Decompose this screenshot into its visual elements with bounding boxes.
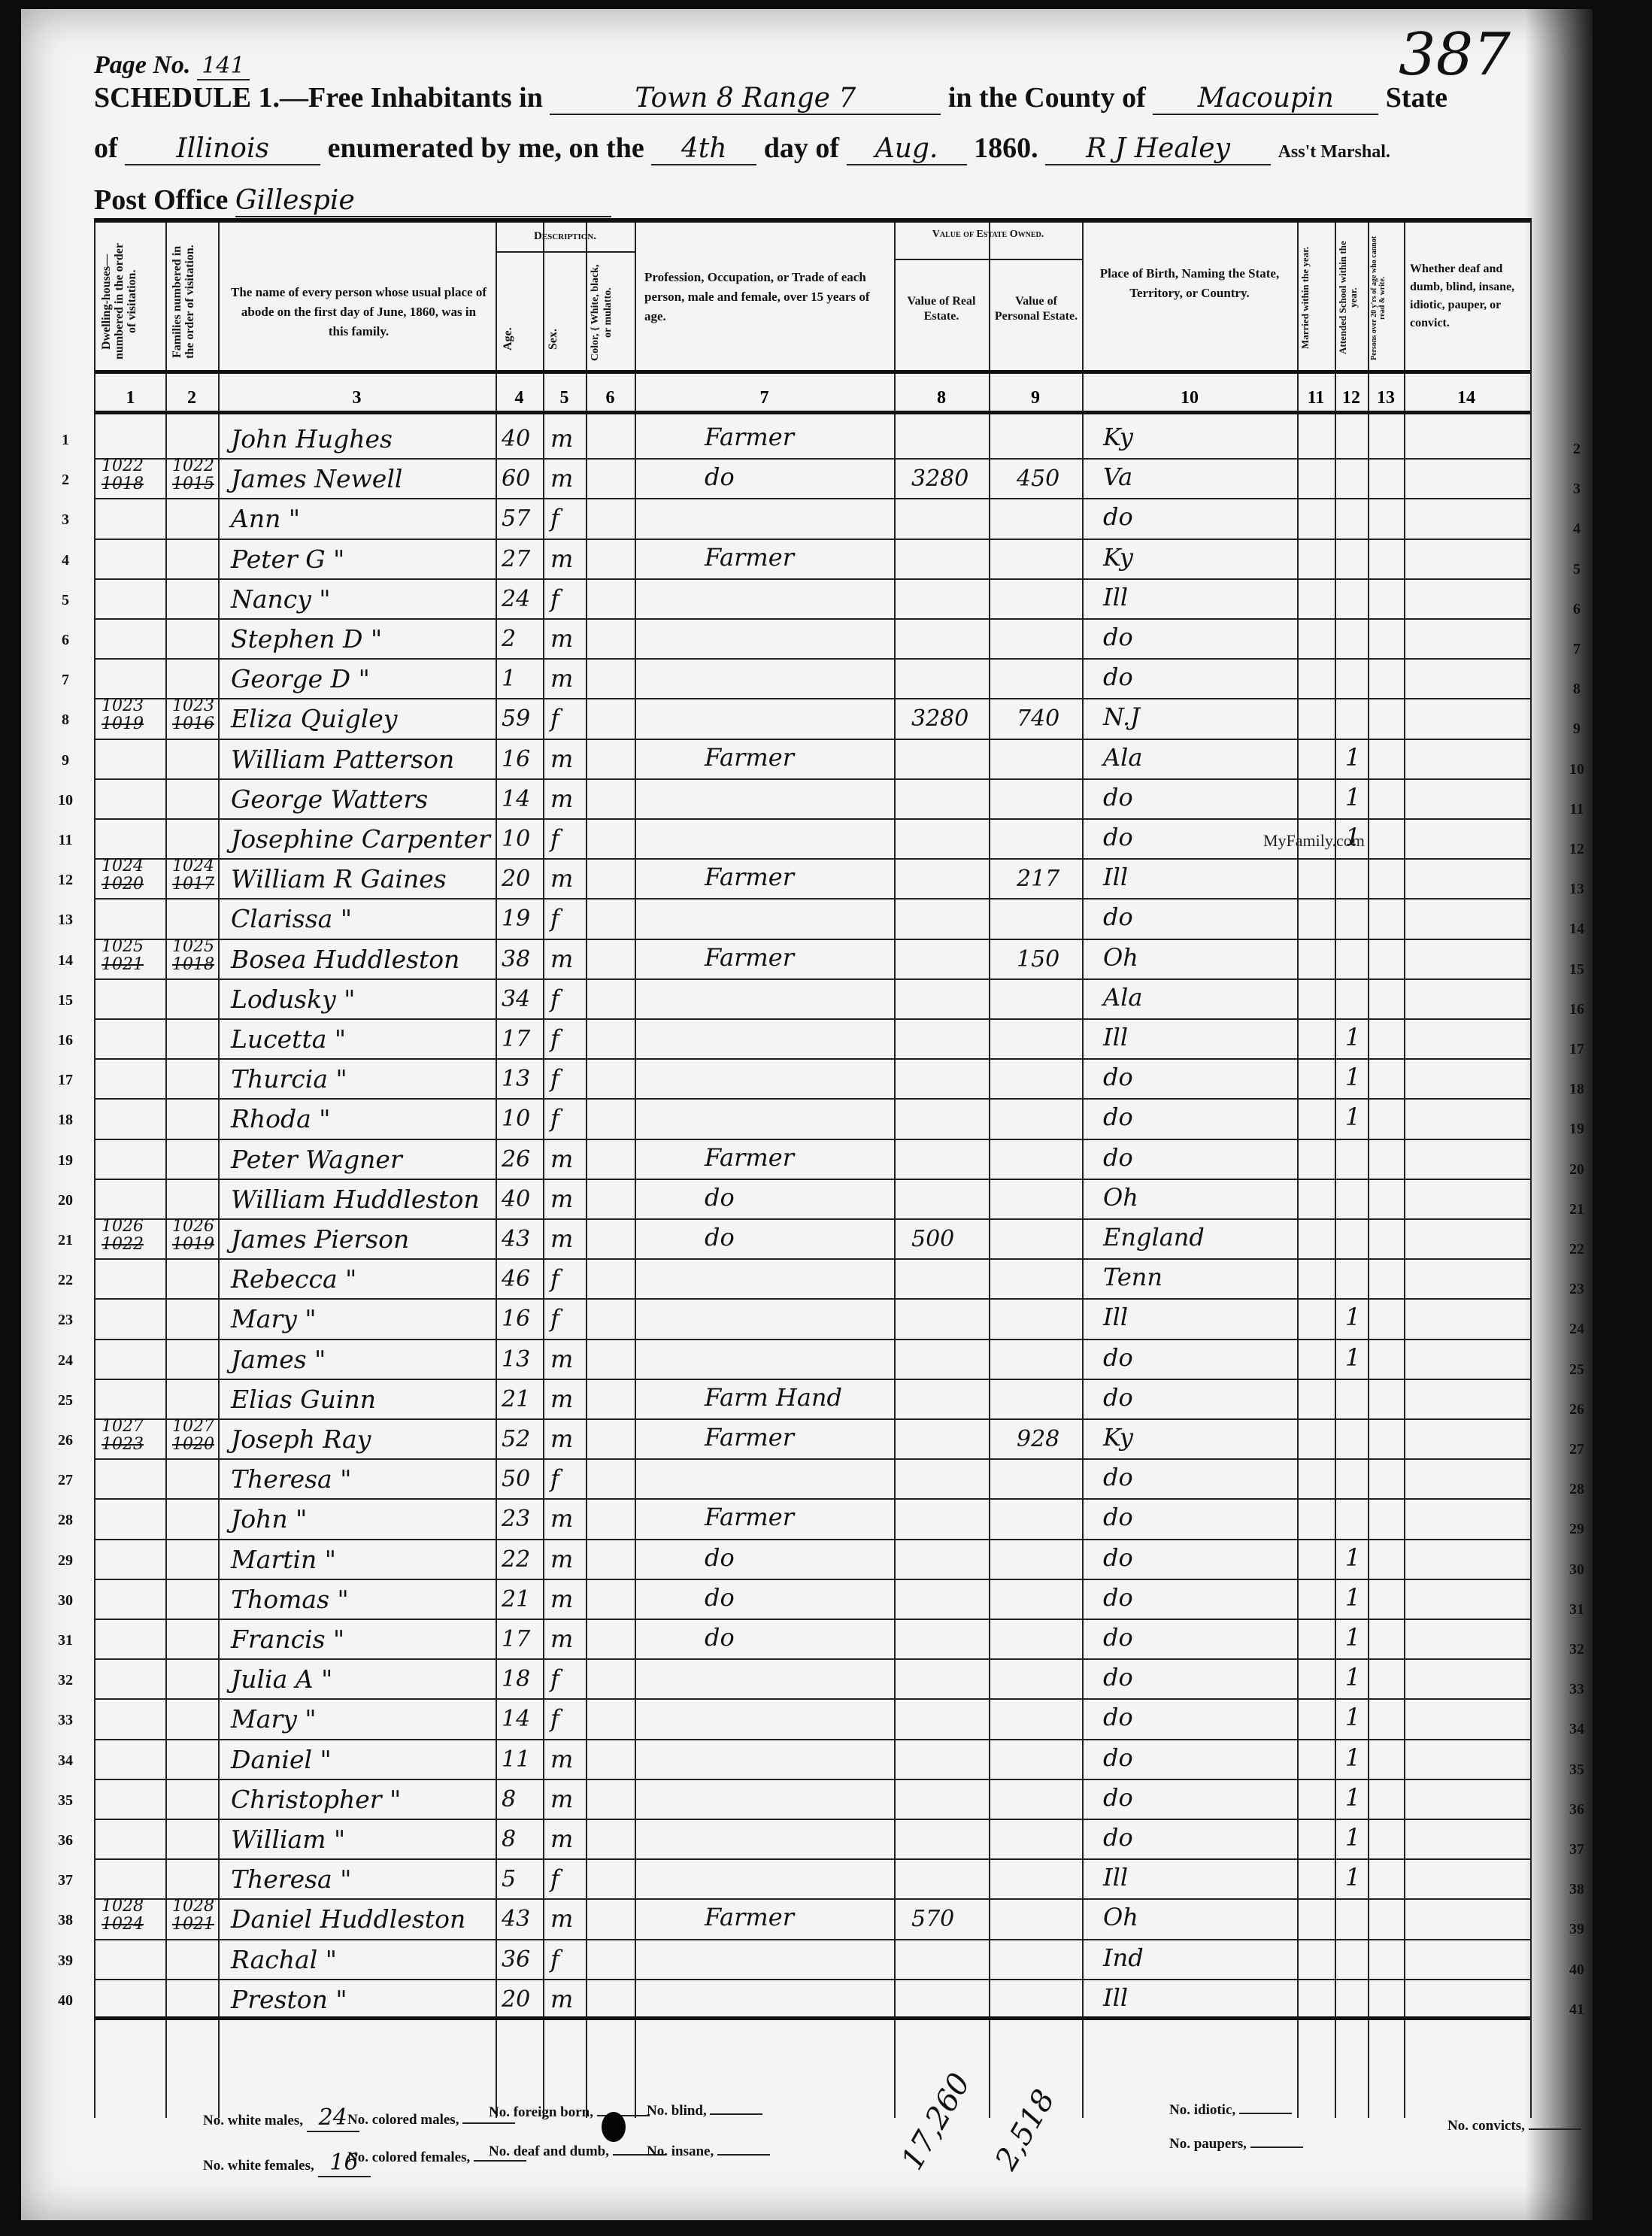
birthplace: do bbox=[1103, 1783, 1133, 1812]
row-rule bbox=[95, 1658, 1530, 1660]
birthplace: do bbox=[1103, 1343, 1133, 1372]
personal-estate-value: 150 bbox=[1017, 946, 1059, 972]
person-age: 38 bbox=[502, 946, 530, 972]
row-number-left: 10 bbox=[50, 792, 80, 809]
footer-deaf-dumb: No. deaf and dumb, bbox=[489, 2143, 665, 2160]
person-sex: f bbox=[550, 1464, 559, 1493]
person-sex: f bbox=[550, 584, 559, 613]
person-age: 23 bbox=[502, 1506, 530, 1532]
row-number-right: 20 bbox=[1562, 1161, 1592, 1179]
row-number-right: 34 bbox=[1562, 1721, 1592, 1738]
person-sex: m bbox=[550, 784, 573, 813]
person-age: 16 bbox=[502, 746, 530, 772]
birthplace: Oh bbox=[1103, 943, 1138, 972]
person-name: George Watters bbox=[231, 784, 428, 814]
person-age: 2 bbox=[502, 626, 516, 652]
family-number-old: 1018 bbox=[172, 955, 214, 974]
school-mark: 1 bbox=[1345, 1623, 1360, 1652]
school-mark: 1 bbox=[1345, 1703, 1360, 1731]
person-name: Lucetta " bbox=[231, 1024, 346, 1054]
dwelling-number: 1024 bbox=[102, 857, 144, 875]
person-age: 8 bbox=[502, 1786, 516, 1813]
row-rule bbox=[95, 1139, 1530, 1140]
person-name: John Hughes bbox=[231, 424, 393, 454]
person-sex: m bbox=[550, 1825, 573, 1853]
month-field: Aug. bbox=[847, 133, 967, 165]
birthplace: do bbox=[1103, 1103, 1133, 1131]
col-age-header: Age. bbox=[502, 313, 539, 366]
row-rule bbox=[95, 939, 1530, 940]
row-number-right: 12 bbox=[1562, 841, 1592, 858]
person-sex: m bbox=[550, 1985, 573, 2013]
birthplace: Ala bbox=[1103, 983, 1142, 1012]
person-age: 22 bbox=[502, 1546, 530, 1573]
row-number-left: 2 bbox=[50, 472, 80, 489]
row-number-right: 29 bbox=[1562, 1521, 1592, 1538]
person-name: George D " bbox=[231, 664, 370, 693]
row-number-right: 30 bbox=[1562, 1561, 1592, 1579]
person-age: 26 bbox=[502, 1146, 530, 1173]
birthplace: Ill bbox=[1103, 1983, 1128, 2012]
row-number-left: 14 bbox=[50, 952, 80, 969]
person-name: William R Gaines bbox=[231, 864, 447, 893]
family-number: 1025 bbox=[172, 937, 214, 956]
row-rule bbox=[95, 539, 1530, 540]
row-number-left: 29 bbox=[50, 1552, 80, 1570]
schedule-line: SCHEDULE 1.—Free Inhabitants in Town 8 R… bbox=[94, 81, 1447, 115]
person-age: 10 bbox=[502, 826, 530, 852]
person-sex: f bbox=[550, 1064, 559, 1093]
row-rule bbox=[95, 1698, 1530, 1700]
person-sex: f bbox=[550, 1704, 559, 1733]
birthplace: do bbox=[1103, 663, 1133, 691]
person-age: 43 bbox=[502, 1906, 530, 1932]
family-number-old: 1016 bbox=[172, 714, 214, 733]
person-sex: m bbox=[550, 1185, 573, 1213]
row-number-right: 26 bbox=[1562, 1401, 1592, 1418]
row-number-left: 26 bbox=[50, 1432, 80, 1449]
person-name: Thurcia " bbox=[231, 1064, 347, 1094]
row-number-left: 9 bbox=[50, 752, 80, 769]
row-rule bbox=[95, 578, 1530, 580]
row-number-left: 5 bbox=[50, 592, 80, 609]
row-rule bbox=[95, 1858, 1530, 1860]
row-rule bbox=[95, 698, 1530, 699]
row-number-left: 8 bbox=[50, 711, 80, 729]
row-number-right: 14 bbox=[1562, 921, 1592, 938]
row-number-right: 2 bbox=[1562, 441, 1592, 458]
occupation: do bbox=[705, 1583, 735, 1612]
person-sex: m bbox=[550, 424, 573, 453]
person-sex: f bbox=[550, 504, 559, 532]
birthplace: Ky bbox=[1103, 423, 1133, 451]
person-sex: m bbox=[550, 1385, 573, 1413]
birthplace: do bbox=[1103, 1383, 1133, 1412]
dwelling-number: 1028 bbox=[102, 1897, 144, 1916]
row-number-left: 21 bbox=[50, 1232, 80, 1249]
family-number: 1023 bbox=[172, 696, 214, 715]
person-name: Mary " bbox=[231, 1304, 317, 1333]
row-number-right: 11 bbox=[1562, 801, 1592, 818]
dwelling-number-old: 1018 bbox=[102, 475, 144, 493]
birthplace: do bbox=[1103, 1503, 1133, 1531]
person-sex: m bbox=[550, 1504, 573, 1533]
row-rule bbox=[95, 1058, 1530, 1060]
birthplace: do bbox=[1103, 1743, 1133, 1772]
birthplace: do bbox=[1103, 1063, 1133, 1091]
person-sex: f bbox=[550, 824, 559, 853]
person-age: 21 bbox=[502, 1386, 530, 1412]
birthplace: do bbox=[1103, 1463, 1133, 1491]
person-sex: f bbox=[550, 1304, 559, 1333]
family-number-old: 1015 bbox=[172, 475, 214, 493]
occupation: Farmer bbox=[705, 863, 794, 891]
family-number-old: 1017 bbox=[172, 875, 214, 893]
footer-convicts: No. convicts, bbox=[1447, 2118, 1581, 2134]
person-age: 5 bbox=[502, 1866, 516, 1892]
person-age: 46 bbox=[502, 1266, 530, 1292]
person-name: Bosea Huddleston bbox=[231, 945, 459, 974]
occupation: do bbox=[705, 1623, 735, 1652]
personal-estate-value: 928 bbox=[1017, 1426, 1059, 1452]
school-mark: 1 bbox=[1345, 1543, 1360, 1572]
col-illiterate-header: Persons over 20 y'rs of age who cannot r… bbox=[1370, 230, 1402, 366]
person-sex: m bbox=[550, 1424, 573, 1453]
birthplace: do bbox=[1103, 783, 1133, 812]
row-rule bbox=[95, 658, 1530, 660]
person-name: Eliza Quigley bbox=[231, 704, 397, 733]
person-age: 34 bbox=[502, 986, 530, 1012]
row-rule bbox=[95, 1739, 1530, 1740]
row-rule bbox=[95, 1819, 1530, 1820]
person-age: 21 bbox=[502, 1586, 530, 1613]
person-name: William Huddleston bbox=[231, 1185, 480, 1214]
person-name: Rachal " bbox=[231, 1945, 337, 1974]
person-sex: m bbox=[550, 1545, 573, 1573]
person-age: 20 bbox=[502, 1986, 530, 2013]
occupation: Farmer bbox=[705, 743, 794, 772]
col-dwelling-header: Dwelling-houses—numbered in the order of… bbox=[100, 238, 160, 366]
row-number-right: 17 bbox=[1562, 1041, 1592, 1058]
row-number-right: 25 bbox=[1562, 1361, 1592, 1379]
person-age: 59 bbox=[502, 705, 530, 732]
person-age: 36 bbox=[502, 1946, 530, 1973]
state-field: Illinois bbox=[125, 133, 320, 165]
row-number-right: 7 bbox=[1562, 641, 1592, 658]
person-age: 19 bbox=[502, 906, 530, 932]
person-name: Mary " bbox=[231, 1704, 317, 1734]
occupation: Farmer bbox=[705, 1423, 794, 1452]
person-sex: f bbox=[550, 1264, 559, 1293]
row-number-right: 37 bbox=[1562, 1841, 1592, 1858]
row-number-left: 38 bbox=[50, 1912, 80, 1929]
row-number-right: 8 bbox=[1562, 681, 1592, 698]
row-number-left: 17 bbox=[50, 1072, 80, 1089]
birthplace: Ky bbox=[1103, 543, 1133, 572]
person-sex: m bbox=[550, 1625, 573, 1653]
person-name: Francis " bbox=[231, 1625, 344, 1654]
dwelling-number-old: 1021 bbox=[102, 955, 144, 974]
occupation: Farmer bbox=[705, 1903, 794, 1931]
birthplace: Ala bbox=[1103, 743, 1142, 772]
person-name: Preston " bbox=[231, 1985, 347, 2014]
person-age: 24 bbox=[502, 586, 530, 612]
person-age: 17 bbox=[502, 1626, 530, 1652]
row-rule bbox=[95, 1418, 1530, 1420]
row-rule bbox=[95, 1498, 1530, 1500]
row-number-left: 12 bbox=[50, 872, 80, 889]
col-personal-estate-header: Value of Personal Estate. bbox=[993, 294, 1079, 324]
stamp-number: 387 bbox=[1399, 21, 1511, 89]
person-name: John " bbox=[231, 1504, 307, 1534]
birthplace: do bbox=[1103, 1623, 1133, 1652]
school-mark: 1 bbox=[1345, 743, 1360, 772]
col-disability-header: Whether deaf and dumb, blind, insane, id… bbox=[1410, 260, 1526, 332]
marshal-field: R J Healey bbox=[1045, 133, 1271, 165]
person-age: 43 bbox=[502, 1226, 530, 1252]
description-group-header: Description. bbox=[496, 230, 635, 243]
post-office-line: Post Office Gillespie bbox=[94, 184, 611, 217]
row-rule bbox=[95, 778, 1530, 780]
row-number-right: 40 bbox=[1562, 1961, 1592, 1979]
person-sex: f bbox=[550, 704, 559, 733]
family-number: 1028 bbox=[172, 1897, 214, 1916]
row-number-right: 16 bbox=[1562, 1001, 1592, 1018]
school-mark: 1 bbox=[1345, 1783, 1360, 1812]
personal-estate-value: 740 bbox=[1017, 705, 1059, 732]
footer-insane: No. insane, bbox=[647, 2143, 770, 2160]
birthplace: Ill bbox=[1103, 1863, 1128, 1892]
birthplace: Ind bbox=[1103, 1943, 1144, 1972]
birthplace: Oh bbox=[1103, 1903, 1138, 1931]
person-sex: m bbox=[550, 1745, 573, 1773]
school-mark: 1 bbox=[1345, 1063, 1360, 1091]
row-rule bbox=[95, 498, 1530, 499]
personal-estate-value: 450 bbox=[1017, 466, 1059, 492]
row-number-left: 30 bbox=[50, 1592, 80, 1609]
person-sex: m bbox=[550, 864, 573, 893]
family-number-old: 1021 bbox=[172, 1915, 214, 1934]
family-number: 1024 bbox=[172, 857, 214, 875]
col-married-header: Married within the year. bbox=[1300, 230, 1332, 366]
row-number-right: 4 bbox=[1562, 520, 1592, 538]
dwelling-number: 1026 bbox=[102, 1217, 144, 1236]
person-name: James " bbox=[231, 1345, 326, 1374]
family-number: 1026 bbox=[172, 1217, 214, 1236]
birthplace: do bbox=[1103, 1823, 1133, 1852]
person-name: Theresa " bbox=[231, 1864, 351, 1894]
person-age: 60 bbox=[502, 466, 530, 492]
person-age: 14 bbox=[502, 1706, 530, 1732]
occupation: Farmer bbox=[705, 943, 794, 972]
person-sex: m bbox=[550, 664, 573, 693]
occupation: Farmer bbox=[705, 543, 794, 572]
occupation: do bbox=[705, 463, 735, 491]
row-number-right: 5 bbox=[1562, 561, 1592, 578]
row-number-left: 23 bbox=[50, 1312, 80, 1329]
birthplace: do bbox=[1103, 903, 1133, 931]
person-sex: m bbox=[550, 1345, 573, 1373]
row-rule bbox=[95, 1619, 1530, 1620]
occupation: Farmer bbox=[705, 423, 794, 451]
person-name: Ann " bbox=[231, 504, 300, 533]
col-family-header: Families numbered in the order of visita… bbox=[171, 238, 214, 366]
row-number-right: 6 bbox=[1562, 601, 1592, 618]
birthplace: Ill bbox=[1103, 583, 1128, 611]
person-sex: f bbox=[550, 1945, 559, 1974]
row-rule bbox=[95, 898, 1530, 900]
dwelling-number: 1025 bbox=[102, 937, 144, 956]
school-mark: 1 bbox=[1345, 1823, 1360, 1852]
page-number: Page No. 141 bbox=[94, 51, 250, 80]
row-number-right: 33 bbox=[1562, 1681, 1592, 1698]
dwelling-number-old: 1024 bbox=[102, 1915, 144, 1934]
person-sex: m bbox=[550, 745, 573, 773]
person-age: 13 bbox=[502, 1066, 530, 1092]
person-name: Daniel " bbox=[231, 1745, 332, 1774]
dwelling-number-old: 1023 bbox=[102, 1435, 144, 1454]
row-number-left: 7 bbox=[50, 672, 80, 689]
footer-idiotic: No. idiotic, bbox=[1169, 2102, 1292, 2119]
person-age: 50 bbox=[502, 1466, 530, 1492]
occupation: do bbox=[705, 1223, 735, 1251]
row-rule bbox=[95, 1339, 1530, 1340]
birthplace: do bbox=[1103, 1703, 1133, 1731]
watermark: MyFamily.com bbox=[1263, 831, 1365, 851]
row-number-left: 18 bbox=[50, 1112, 80, 1129]
row-rule bbox=[95, 1179, 1530, 1180]
row-rule bbox=[95, 978, 1530, 980]
person-age: 18 bbox=[502, 1666, 530, 1692]
school-mark: 1 bbox=[1345, 1863, 1360, 1892]
row-number-left: 33 bbox=[50, 1712, 80, 1729]
row-number-right: 9 bbox=[1562, 721, 1592, 738]
col-name-header: The name of every person whose usual pla… bbox=[231, 283, 487, 341]
person-name: James Newell bbox=[231, 464, 402, 493]
person-name: Rebecca " bbox=[231, 1264, 356, 1294]
row-number-right: 23 bbox=[1562, 1281, 1592, 1298]
row-number-right: 3 bbox=[1562, 481, 1592, 498]
person-sex: f bbox=[550, 1104, 559, 1133]
birthplace: Ill bbox=[1103, 863, 1128, 891]
person-sex: m bbox=[550, 1904, 573, 1933]
row-number-left: 16 bbox=[50, 1032, 80, 1049]
real-estate-value: 570 bbox=[911, 1906, 954, 1932]
person-sex: m bbox=[550, 545, 573, 573]
footer-white-males: No. white males, 24 bbox=[203, 2104, 359, 2132]
row-number-left: 3 bbox=[50, 511, 80, 529]
row-rule bbox=[95, 1539, 1530, 1540]
birthplace: Ill bbox=[1103, 1023, 1128, 1051]
row-number-right: 28 bbox=[1562, 1481, 1592, 1498]
row-number-left: 36 bbox=[50, 1832, 80, 1849]
row-number-left: 25 bbox=[50, 1392, 80, 1409]
person-name: Peter Wagner bbox=[231, 1145, 402, 1174]
real-estate-value: 3280 bbox=[911, 705, 968, 732]
row-number-right: 10 bbox=[1562, 761, 1592, 778]
school-mark: 1 bbox=[1345, 1103, 1360, 1131]
county-field: Macoupin bbox=[1153, 83, 1378, 115]
person-name: Peter G " bbox=[231, 545, 344, 574]
row-number-right: 31 bbox=[1562, 1601, 1592, 1619]
row-number-left: 39 bbox=[50, 1952, 80, 1970]
row-rule bbox=[95, 1979, 1530, 1980]
family-number-old: 1019 bbox=[172, 1235, 214, 1254]
person-name: Daniel Huddleston bbox=[231, 1904, 465, 1934]
person-sex: m bbox=[550, 464, 573, 493]
footer-blind: No. blind, bbox=[647, 2103, 762, 2119]
birthplace: do bbox=[1103, 823, 1133, 851]
occupation: Farmer bbox=[705, 1143, 794, 1172]
person-age: 27 bbox=[502, 546, 530, 572]
dwelling-number: 1027 bbox=[102, 1417, 144, 1436]
row-rule bbox=[95, 1258, 1530, 1260]
col-occupation-header: Profession, Occupation, or Trade of each… bbox=[644, 268, 885, 326]
person-age: 1 bbox=[502, 666, 516, 692]
row-number-left: 13 bbox=[50, 912, 80, 929]
row-number-right: 13 bbox=[1562, 881, 1592, 898]
row-rule bbox=[95, 1379, 1530, 1380]
person-age: 57 bbox=[502, 505, 530, 532]
row-number-left: 32 bbox=[50, 1672, 80, 1689]
person-sex: m bbox=[550, 1145, 573, 1173]
person-age: 16 bbox=[502, 1306, 530, 1332]
person-age: 40 bbox=[502, 1186, 530, 1212]
person-name: Josephine Carpenter bbox=[231, 824, 490, 854]
row-number-right: 21 bbox=[1562, 1201, 1592, 1218]
person-name: Thomas " bbox=[231, 1585, 349, 1614]
col-sex-header: Sex. bbox=[547, 313, 584, 366]
row-number-left: 34 bbox=[50, 1752, 80, 1770]
row-number-left: 15 bbox=[50, 992, 80, 1009]
birthplace: Oh bbox=[1103, 1183, 1138, 1212]
person-name: Julia A " bbox=[231, 1664, 332, 1694]
person-sex: m bbox=[550, 1785, 573, 1813]
row-number-left: 22 bbox=[50, 1272, 80, 1289]
birthplace: do bbox=[1103, 1663, 1133, 1691]
person-age: 20 bbox=[502, 866, 530, 892]
row-rule bbox=[95, 1898, 1530, 1900]
row-rule bbox=[95, 1779, 1530, 1780]
school-mark: 1 bbox=[1345, 1743, 1360, 1772]
birthplace: Ill bbox=[1103, 1303, 1128, 1331]
person-sex: m bbox=[550, 624, 573, 653]
person-sex: m bbox=[550, 1224, 573, 1253]
day-field: 4th bbox=[651, 133, 756, 165]
row-number-left: 24 bbox=[50, 1352, 80, 1370]
row-number-right: 27 bbox=[1562, 1441, 1592, 1458]
school-mark: 1 bbox=[1345, 1023, 1360, 1051]
row-number-right: 18 bbox=[1562, 1081, 1592, 1098]
row-number-right: 24 bbox=[1562, 1321, 1592, 1338]
location-field: Town 8 Range 7 bbox=[550, 83, 941, 115]
person-age: 8 bbox=[502, 1826, 516, 1852]
row-number-left: 4 bbox=[50, 552, 80, 569]
person-sex: f bbox=[550, 1024, 559, 1053]
ink-blot bbox=[602, 2112, 626, 2142]
dwelling-number-old: 1020 bbox=[102, 875, 144, 893]
row-rule bbox=[95, 1579, 1530, 1580]
birthplace: do bbox=[1103, 623, 1133, 651]
person-sex: f bbox=[550, 1664, 559, 1693]
col-birthplace-header: Place of Birth, Naming the State, Territ… bbox=[1096, 264, 1284, 303]
census-table: Dwelling-houses—numbered in the order of… bbox=[94, 218, 1532, 2118]
post-office-field: Gillespie bbox=[235, 185, 611, 217]
dwelling-number-old: 1022 bbox=[102, 1235, 144, 1254]
row-rule bbox=[95, 1018, 1530, 1020]
row-number-left: 37 bbox=[50, 1872, 80, 1889]
row-rule bbox=[95, 1458, 1530, 1460]
